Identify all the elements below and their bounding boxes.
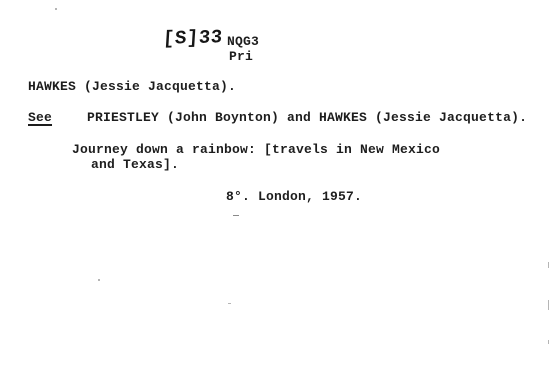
- see-label: See: [28, 110, 52, 126]
- scan-speck: [55, 8, 57, 10]
- scan-speck: [228, 303, 231, 304]
- scan-speck: [548, 300, 549, 310]
- shelfmark-handwritten: [S]33: [162, 28, 223, 49]
- scan-speck: [98, 279, 100, 281]
- title-line-1: Journey down a rainbow: [travels in New …: [72, 142, 440, 158]
- shelfmark-class: NQG3: [227, 34, 259, 50]
- scan-speck: [233, 215, 239, 216]
- imprint-line: 8°. London, 1957.: [226, 189, 362, 205]
- scan-speck: [548, 262, 549, 268]
- scan-speck: [548, 340, 549, 344]
- title-line-2: and Texas].: [91, 157, 179, 173]
- catalog-card: [S]33 NQG3 Pri HAWKES (Jessie Jacquetta)…: [0, 0, 550, 374]
- shelfmark-sub: Pri: [229, 49, 253, 65]
- see-reference: PRIESTLEY (John Boynton) and HAWKES (Jes…: [87, 110, 527, 126]
- heading-entry: HAWKES (Jessie Jacquetta).: [28, 79, 236, 95]
